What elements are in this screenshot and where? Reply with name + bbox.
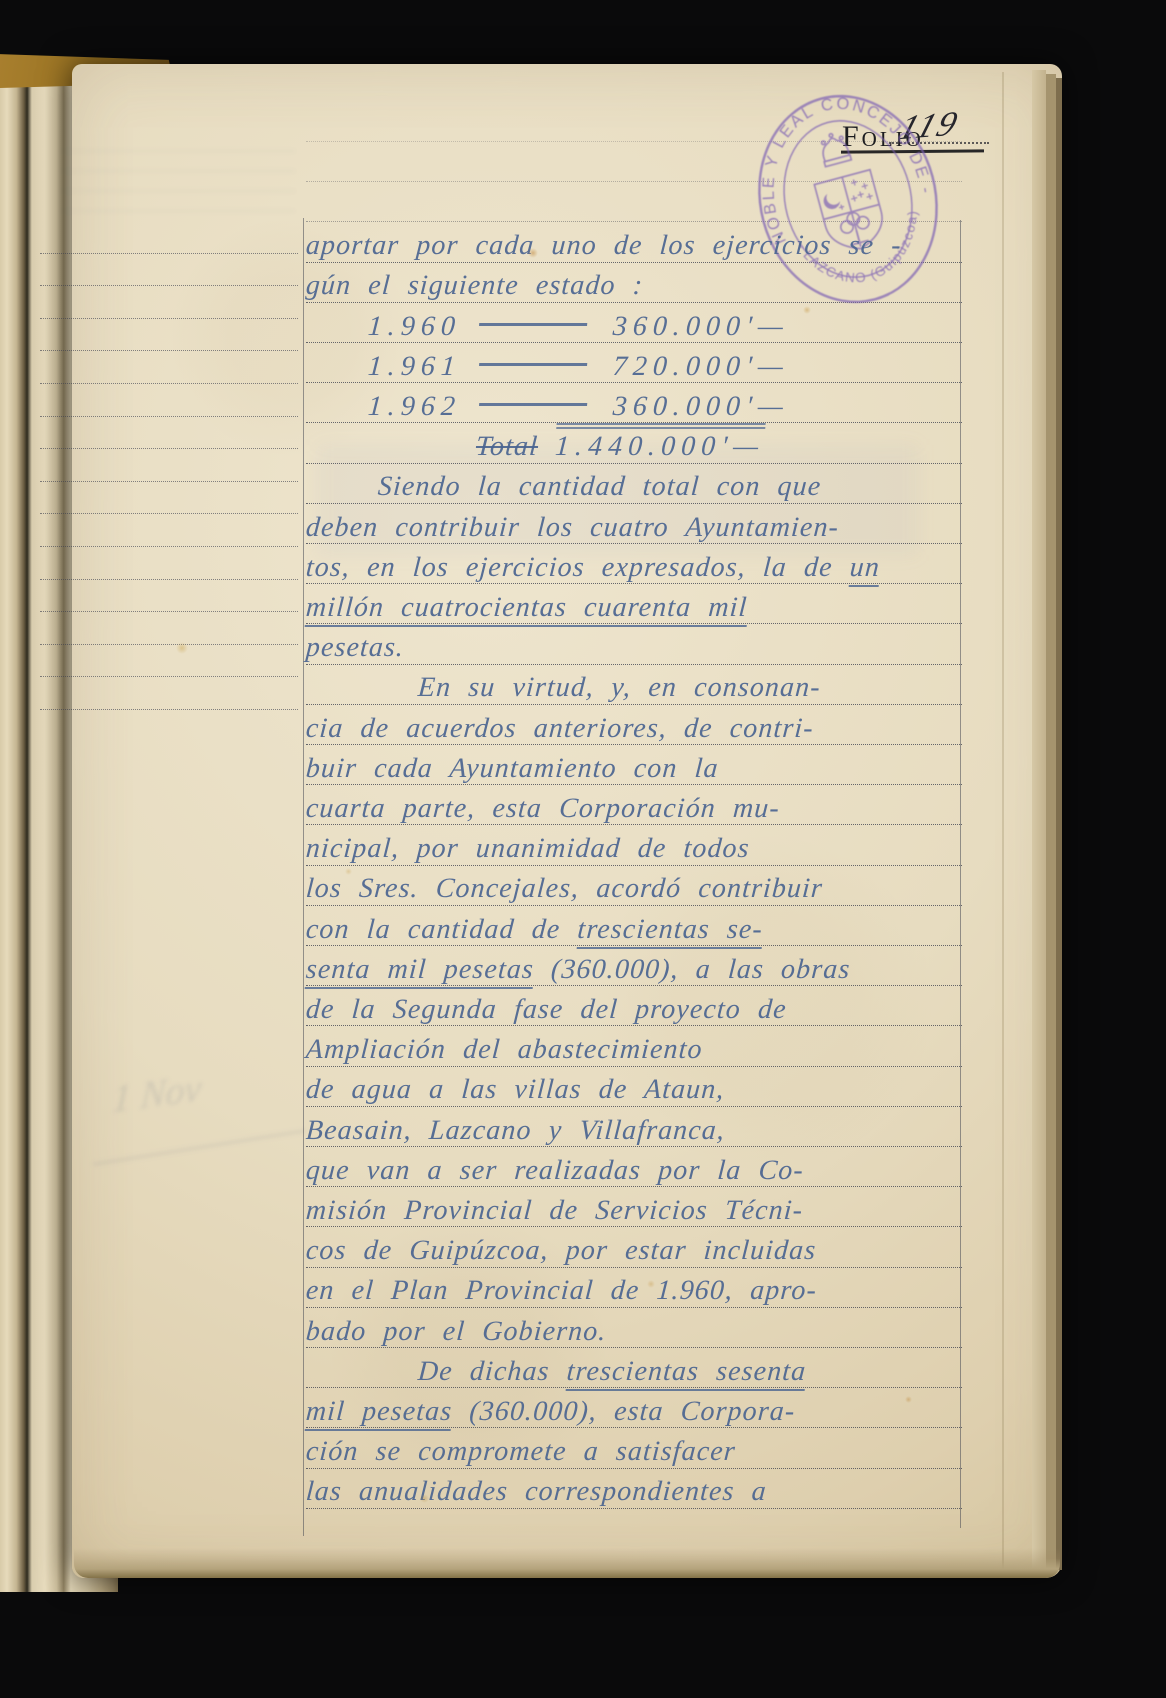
handwritten-text: senta mil pesetas (305, 954, 535, 989)
crescent-icon (822, 191, 842, 211)
handwritten-text: pesetas. (305, 632, 405, 663)
manuscript-line: cos de Guipúzcoa, por estar incluidas (305, 1230, 818, 1271)
stars-icon (833, 176, 874, 211)
handwritten-text: cia de acuerdos anteriores, de contri- (305, 713, 815, 744)
handwritten-text: gún el siguiente estado : (305, 270, 644, 301)
handwritten-text: 360.000'— (612, 311, 790, 342)
handwritten-text: 1.961 (367, 351, 462, 382)
handwritten-text: de agua a las villas de Ataun, (305, 1074, 726, 1105)
manuscript-line: 1.961720.000'— (367, 346, 791, 387)
handwritten-text: (360.000), esta Corpora- (451, 1396, 796, 1427)
handwritten-text: Beasain, Lazcano y Villafranca, (305, 1115, 726, 1146)
manuscript-line: bado por el Gobierno. (305, 1311, 608, 1352)
margin-ruled-line (40, 611, 298, 612)
manuscript-line: en el Plan Provincial de 1.960, apro- (305, 1270, 819, 1311)
handwritten-text: mil pesetas (305, 1396, 454, 1431)
handwritten-text: deben contribuir los cuatro Ayuntamien- (305, 512, 840, 543)
manuscript-line: los Sres. Concejales, acordó contribuir (305, 868, 825, 909)
manuscript-line: cuarta parte, esta Corporación mu- (305, 788, 782, 829)
handwritten-text: 1.960 (367, 311, 462, 342)
handwritten-text: bado por el Gobierno. (305, 1316, 608, 1347)
manuscript-line: millón cuatrocientas cuarenta mil (305, 587, 749, 628)
manuscript-line: En su virtud, y, en consonan- (417, 667, 823, 708)
manuscript-line: las anualidades correspondientes a (305, 1471, 769, 1512)
page-crease (1002, 72, 1004, 1572)
margin-ruled-line (40, 318, 298, 319)
handwritten-text: cos de Guipúzcoa, por estar incluidas (305, 1235, 818, 1266)
manuscript-line: De dichas trescientas sesenta (417, 1351, 808, 1392)
handwritten-text: aportar por cada uno de los ejercicios s… (305, 230, 903, 261)
manuscript-line: ción se compromete a satisfacer (305, 1431, 738, 1472)
handwritten-text: 360.000'— (612, 391, 790, 422)
crown-icon (818, 130, 852, 166)
manuscript-line: que van a ser realizadas por la Co- (305, 1150, 806, 1191)
handwritten-text: Siendo la cantidad total con que (377, 471, 823, 502)
manuscript-line: 1.960360.000'— (367, 306, 791, 347)
handwritten-text: De dichas (417, 1356, 568, 1387)
manuscript-line: Beasain, Lazcano y Villafranca, (305, 1110, 727, 1151)
manuscript-line: con la cantidad de trescientas se- (305, 909, 765, 950)
ledger-dash (479, 359, 587, 366)
handwritten-text: millón cuatrocientas cuarenta mil (305, 592, 749, 627)
manuscript-line: Ampliación del abastecimiento (305, 1029, 705, 1070)
handwritten-text: las anualidades correspondientes a (305, 1476, 768, 1507)
margin-ruled-line (40, 579, 298, 580)
margin-ruled-line (40, 709, 298, 710)
margin-ruled-line (40, 416, 298, 417)
manuscript-line: gún el siguiente estado : (305, 265, 645, 306)
margin-ruled-line (40, 350, 298, 351)
handwritten-text: Ampliación del abastecimiento (305, 1034, 704, 1065)
manuscript-line: cia de acuerdos anteriores, de contri- (305, 708, 816, 749)
handwritten-text: (360.000), a las obras (533, 954, 852, 985)
handwritten-text: 1.962 (367, 391, 462, 422)
manuscript-line: senta mil pesetas (360.000), a las obras (305, 949, 852, 990)
handwritten-text: nicipal, por unanimidad de todos (305, 833, 751, 864)
page-edge (1056, 78, 1062, 1570)
ledger-dash (479, 319, 587, 326)
margin-ruled-line (40, 383, 298, 384)
handwritten-text: trescientas sesenta (565, 1356, 807, 1391)
handwritten-text: de la Segunda fase del proyecto de (305, 994, 788, 1025)
handwritten-text: 720.000'— (612, 351, 790, 382)
manuscript-line: aportar por cada uno de los ejercicios s… (305, 225, 904, 266)
handwritten-text: en el Plan Provincial de 1.960, apro- (305, 1275, 818, 1306)
photo-stage: 1 Nov Folio 119 NOBLE Y LEAL CONCEJO DE … (0, 0, 1166, 1698)
handwritten-text: los Sres. Concejales, acordó contribuir (305, 873, 824, 904)
margin-ruled-line (40, 676, 298, 677)
margin-ruled-line (40, 644, 298, 645)
handwritten-text: trescientas se- (576, 914, 764, 949)
margin-ruled-line (40, 285, 298, 286)
page-edge (1046, 74, 1056, 1572)
margin-ruled-line (40, 253, 298, 254)
margin-ruled-line (40, 546, 298, 547)
handwritten-text: 1.440.000'— (554, 423, 766, 462)
ink-bleedthrough (60, 148, 295, 212)
manuscript-line: Siendo la cantidad total con que (377, 466, 823, 507)
manuscript-line: nicipal, por unanimidad de todos (305, 828, 752, 869)
manuscript-line: misión Provincial de Servicios Técni- (305, 1190, 805, 1231)
manuscript-line: 1.962360.000'— (367, 386, 791, 427)
margin-rule-left (303, 218, 304, 1536)
ledger-dash (479, 399, 587, 406)
handwritten-text: buir cada Ayuntamiento con la (305, 753, 720, 784)
handwritten-text: En su virtud, y, en consonan- (417, 672, 822, 703)
manuscript-line: buir cada Ayuntamiento con la (305, 748, 721, 789)
manuscript-line: pesetas. (305, 627, 406, 668)
margin-ruled-line (40, 513, 298, 514)
handwritten-text: un (848, 552, 881, 587)
handwritten-text: tos, en los ejercicios expresados, la de (305, 552, 851, 583)
manuscript-line: mil pesetas (360.000), esta Corpora- (305, 1391, 797, 1432)
manuscript-line: tos, en los ejercicios expresados, la de… (305, 547, 882, 588)
page-edge (1032, 70, 1046, 1572)
margin-ruled-line (40, 448, 298, 449)
manuscript-line: de agua a las villas de Ataun, (305, 1069, 726, 1110)
handwritten-text: misión Provincial de Servicios Técni- (305, 1195, 804, 1226)
page-edge (74, 1548, 1060, 1578)
handwritten-text: Total (475, 431, 539, 462)
margin-rule-right (960, 220, 961, 1528)
manuscript-line: deben contribuir los cuatro Ayuntamien- (305, 507, 841, 548)
handwritten-text: ción se compromete a satisfacer (305, 1436, 737, 1467)
handwritten-text: con la cantidad de (305, 914, 579, 945)
manuscript-line: de la Segunda fase del proyecto de (305, 989, 789, 1030)
manuscript-line: Total 1.440.000'— (475, 426, 766, 467)
ruled-line (306, 664, 962, 665)
handwritten-text: cuarta parte, esta Corporación mu- (305, 793, 781, 824)
margin-ruled-line (40, 481, 298, 482)
handwritten-text: que van a ser realizadas por la Co- (305, 1155, 805, 1186)
